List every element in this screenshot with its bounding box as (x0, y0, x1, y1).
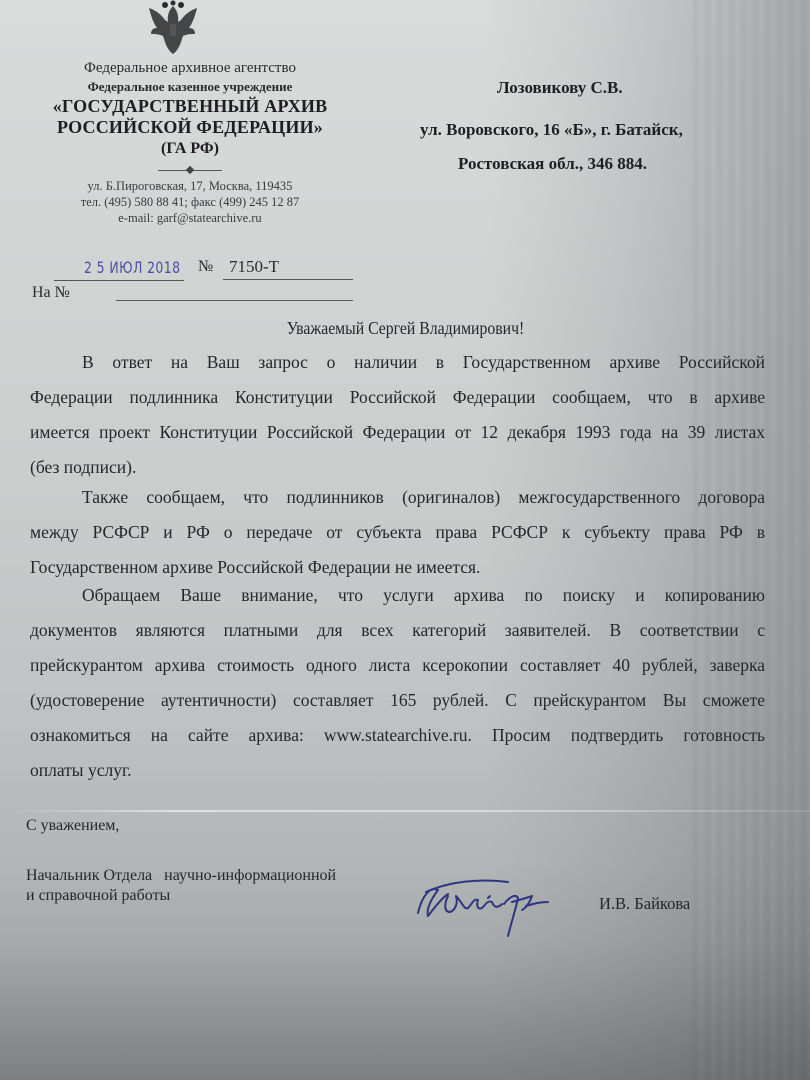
body-paragraph-2: Также сообщаем, что подлинников (оригина… (30, 480, 765, 585)
institution-name-line2: РОССИЙСКОЙ ФЕДЕРАЦИИ» (20, 117, 360, 138)
institution-phone-fax: тел. (495) 580 88 41; факс (499) 245 12 … (20, 194, 360, 210)
paragraph-line: В ответ на Ваш запрос о наличии в Госуда… (30, 345, 765, 380)
signer-position-line1: Начальник Отдела научно-информационной (26, 866, 336, 886)
paragraph-line: Федерации подлинника Конституции Российс… (30, 380, 765, 415)
paragraph-line: (удостоверение аутентичности) составляет… (30, 683, 765, 718)
recipient-address-line1: ул. Воровского, 16 «Б», г. Батайск, (420, 120, 683, 140)
signer-position-line2: и справочной работы (26, 886, 336, 906)
date-field: 2 5 ИЮЛ 2018 (54, 256, 184, 281)
handwritten-signature-icon (408, 868, 583, 943)
paragraph-line: Обращаем Ваше внимание, что услуги архив… (30, 578, 765, 613)
body-paragraph-1: В ответ на Ваш запрос о наличии в Госуда… (30, 345, 765, 485)
institution-type: Федеральное казенное учреждение (20, 78, 360, 96)
paragraph-line: прейскурантом архива стоимость одного ли… (30, 648, 765, 683)
signer-name: И.В. Байкова (599, 894, 690, 914)
paragraph-line: оплаты услуг. (30, 753, 765, 788)
russian-coat-of-arms-icon (143, 0, 203, 54)
reference-number-label: На № (32, 284, 70, 302)
ornamental-divider (158, 166, 222, 176)
institution-email: e-mail: garf@statearchive.ru (20, 210, 360, 226)
closing-phrase: С уважением, (26, 817, 119, 835)
outgoing-number-field: 7150-Т (223, 256, 353, 280)
outgoing-number: 7150-Т (229, 257, 279, 277)
date-stamp: 2 5 ИЮЛ 2018 (84, 258, 180, 277)
recipient-name: Лозовикову С.В. (497, 78, 623, 98)
body-paragraph-3: Обращаем Ваше внимание, что услуги архив… (30, 578, 765, 788)
recipient-address-line2: Ростовская обл., 346 884. (458, 154, 647, 174)
institution-address: ул. Б.Пироговская, 17, Москва, 119435 (20, 178, 360, 194)
salutation: Уважаемый Сергей Владимирович! (41, 318, 770, 339)
paragraph-line: Также сообщаем, что подлинников (оригина… (30, 480, 765, 515)
letterhead: Федеральное архивное агентство Федеральн… (20, 58, 360, 226)
paragraph-line: имеется проект Конституции Российской Фе… (30, 415, 765, 450)
paper-fold-line (10, 810, 810, 812)
reference-number-field (116, 300, 353, 301)
letter-paper: Федеральное архивное агентство Федеральн… (0, 0, 810, 1080)
institution-name-line1: «ГОСУДАРСТВЕННЫЙ АРХИВ (20, 96, 360, 117)
signer-position: Начальник Отдела научно-информационной и… (26, 866, 336, 906)
agency-name: Федеральное архивное агентство (20, 58, 360, 78)
paragraph-line: между РСФСР и РФ о передаче от субъекта … (30, 515, 765, 550)
paragraph-line: ознакомиться на сайте архива: www.statea… (30, 718, 765, 753)
outgoing-number-label: № (198, 258, 213, 276)
paragraph-line: документов являются платными для всех ка… (30, 613, 765, 648)
institution-abbreviation: (ГА РФ) (20, 138, 360, 160)
